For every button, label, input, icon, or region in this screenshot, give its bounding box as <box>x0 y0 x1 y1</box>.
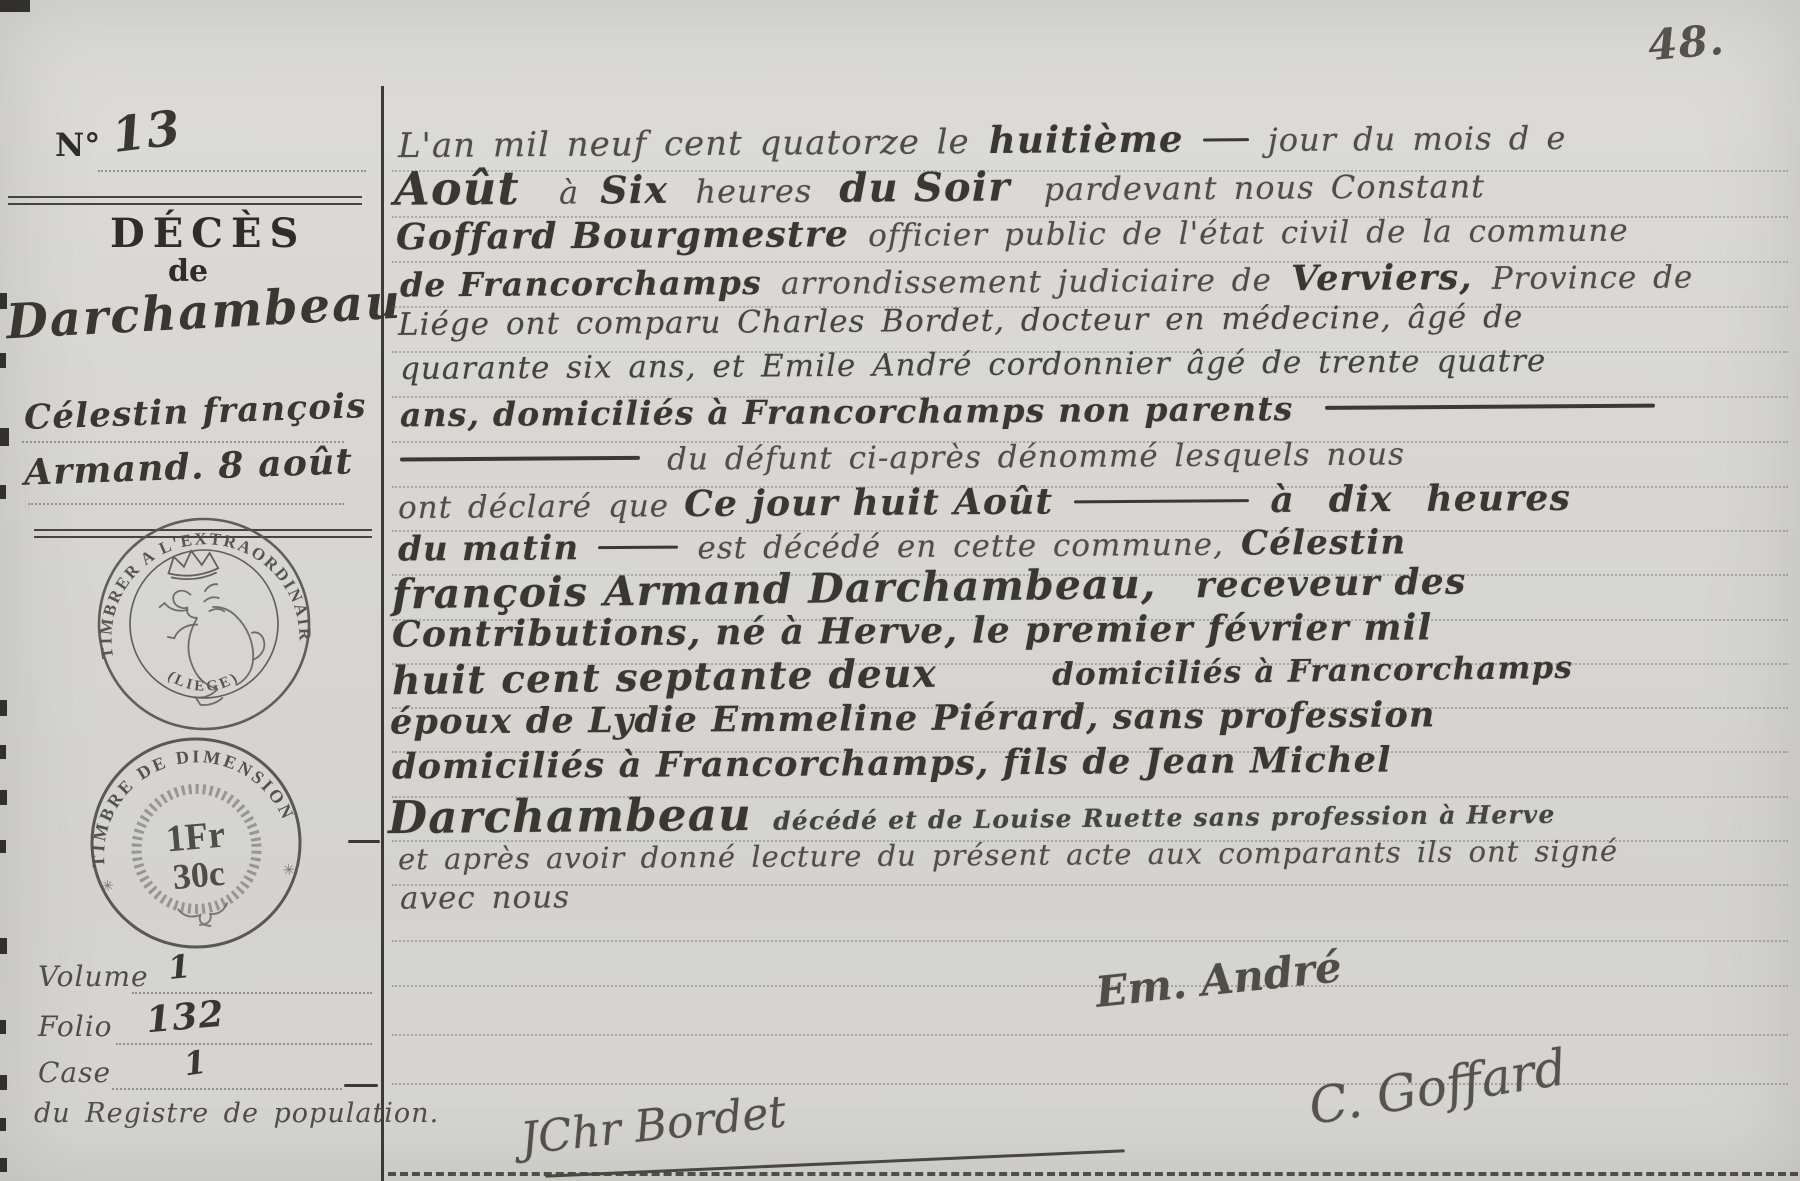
act-text-line: domiciliés à Francorchamps, fils de Jean… <box>392 740 1392 788</box>
margin-dotted-line <box>112 1088 342 1090</box>
svg-text:TIMBRER A L'EXTRAORDINAIRE: TIMBRER A L'EXTRAORDINAIRE <box>79 499 316 666</box>
act-text: heures <box>695 172 812 211</box>
act-text-line: Goffard Bourgmestre officier public de l… <box>396 208 1629 259</box>
ruled-line <box>392 1083 1788 1085</box>
act-text-line: du défunt ci-après dénommé lesquels nous <box>400 436 1405 479</box>
signature-andre: Em. André <box>1093 942 1344 1017</box>
act-text: Liége ont comparu Charles Bordet, docteu… <box>398 299 1523 343</box>
act-text: ont déclaré que <box>398 488 669 526</box>
act-fillin: huitième <box>989 117 1184 162</box>
field-folio-label: Folio <box>38 1010 113 1043</box>
act-text-line: Août à Six heures du Soir pardevant nous… <box>394 154 1485 216</box>
death-certificate-page: 48. N° 13 DÉCÈS de Darchambeau Célestin … <box>0 0 1800 1181</box>
field-case-label: Case <box>38 1056 111 1089</box>
act-fillin: du Soir <box>839 164 1011 212</box>
act-fillin: receveur des <box>1195 561 1466 607</box>
act-text-line: et après avoir donné lecture du présent … <box>398 834 1618 877</box>
margin-dotted-line <box>116 1043 372 1045</box>
deceased-surname: Darchambeau <box>5 274 404 351</box>
act-type-title: DÉCÈS <box>110 210 306 257</box>
signature-bordet: JChr Bordet <box>518 1086 788 1165</box>
act-number-label: N° <box>55 126 100 164</box>
scan-artifact <box>0 1020 6 1034</box>
margin-divider-line <box>381 86 384 1181</box>
scan-artifact <box>0 353 6 368</box>
act-fillin: Darchambeau <box>388 788 752 844</box>
scan-artifact <box>0 485 6 499</box>
act-fillin: du matin <box>398 528 580 569</box>
margin-dotted-line <box>98 170 366 172</box>
act-text: domiciliés à Francorchamps, fils de Jean… <box>392 740 1392 788</box>
filler-stroke <box>1203 138 1249 141</box>
filler-stroke <box>1325 404 1655 410</box>
act-text: arrondissement judiciaire de <box>781 262 1272 301</box>
ruled-line <box>392 1034 1788 1036</box>
act-fillin: de Francorchamps <box>400 263 762 305</box>
act-fillin: domiciliés à Francorchamps <box>1052 650 1573 693</box>
act-text-line: quarante six ans, et Emile André cordonn… <box>400 343 1547 387</box>
scan-artifact <box>0 938 7 954</box>
act-text-line: de Francorchamps arrondissement judiciai… <box>400 255 1694 305</box>
filler-stroke <box>400 456 640 462</box>
act-text: du défunt ci-après dénommé lesquels nous <box>667 436 1405 477</box>
signature-goffard: C. Goffard <box>1305 1038 1570 1136</box>
act-fillin: Août <box>394 161 520 216</box>
field-volume-value: 1 <box>166 947 193 987</box>
field-folio-value: 132 <box>144 993 226 1042</box>
filler-stroke <box>1074 499 1249 503</box>
act-text: ans, domiciliés à Francorchamps non pare… <box>400 389 1294 434</box>
registry-footer: du Registre de population. <box>34 1098 439 1129</box>
scan-artifact <box>0 700 7 716</box>
act-text-line: époux de Lydie Emmeline Piérard, sans pr… <box>390 694 1436 742</box>
act-text: avec nous <box>400 879 570 916</box>
stamp1-bottom-text: (LIÈGE) <box>163 661 243 699</box>
act-text-line: avec nous <box>400 879 570 916</box>
act-text-line: ont déclaré que Ce jour huit Août à dix … <box>398 477 1571 527</box>
act-text: pardevant nous Constant <box>1043 167 1485 208</box>
svg-text:✳: ✳ <box>282 860 296 879</box>
page-number: 48. <box>1646 15 1727 70</box>
pen-stray-mark <box>344 1084 378 1087</box>
act-fillin: décédé et de Louise Ruette sans professi… <box>773 800 1556 836</box>
ruled-line <box>392 884 1788 886</box>
act-text: quarante six ans, et Emile André cordonn… <box>400 343 1547 387</box>
pen-stray-mark <box>348 840 380 843</box>
filler-stroke <box>598 546 678 550</box>
scan-artifact <box>0 0 30 12</box>
scan-artifact <box>0 428 9 446</box>
act-text: officier public de l'état civil de la co… <box>868 213 1629 254</box>
ruled-line <box>392 940 1788 942</box>
act-fillin: Goffard Bourgmestre <box>396 213 849 258</box>
stamp1-ring-text: TIMBRER A L'EXTRAORDINAIRE <box>79 499 316 666</box>
scan-artifact <box>0 840 6 853</box>
act-text-line: ans, domiciliés à Francorchamps non pare… <box>400 387 1655 435</box>
deceased-firstnames: Célestin françois <box>23 386 367 438</box>
act-text-line: Liége ont comparu Charles Bordet, docteu… <box>398 299 1523 343</box>
field-volume-label: Volume <box>38 960 149 993</box>
act-fillin: Verviers, <box>1291 257 1473 299</box>
act-fillin: Six <box>600 167 668 212</box>
act-fillin: huit cent septante deux <box>392 651 938 705</box>
ruled-line <box>392 985 1788 987</box>
act-number-value: 13 <box>109 100 185 164</box>
margin-double-rule <box>8 196 362 205</box>
scan-artifact <box>0 790 7 805</box>
act-text: époux de Lydie Emmeline Piérard, sans pr… <box>390 694 1436 742</box>
scan-artifact <box>0 745 6 759</box>
field-case-value: 1 <box>181 1043 210 1084</box>
revenue-stamp-liege: TIMBRER A L'EXTRAORDINAIRE (LIÈGE) <box>79 499 330 750</box>
stamp2-value-c: 30c <box>171 853 226 897</box>
act-fillin: Ce jour huit Août <box>684 481 1053 526</box>
act-text: jour du mois d e <box>1268 119 1567 159</box>
act-fillin: à dix heures <box>1270 477 1571 521</box>
act-text: et après avoir donné lecture du présent … <box>398 834 1618 877</box>
deceased-name-date: Armand. 8 août <box>23 440 354 493</box>
scan-artifact <box>0 1075 7 1090</box>
scan-artifact <box>0 1118 6 1131</box>
dimension-stamp: TIMBRE DE DIMENSION ✳ ✳ 1Fr 30c <box>75 722 318 965</box>
svg-text:(LIÈGE): (LIÈGE) <box>163 661 243 699</box>
scan-artifact <box>0 1158 7 1172</box>
margin-dotted-line <box>132 992 372 994</box>
svg-text:✳: ✳ <box>101 876 115 895</box>
act-text: à <box>559 174 579 212</box>
act-text: Province de <box>1492 259 1694 296</box>
